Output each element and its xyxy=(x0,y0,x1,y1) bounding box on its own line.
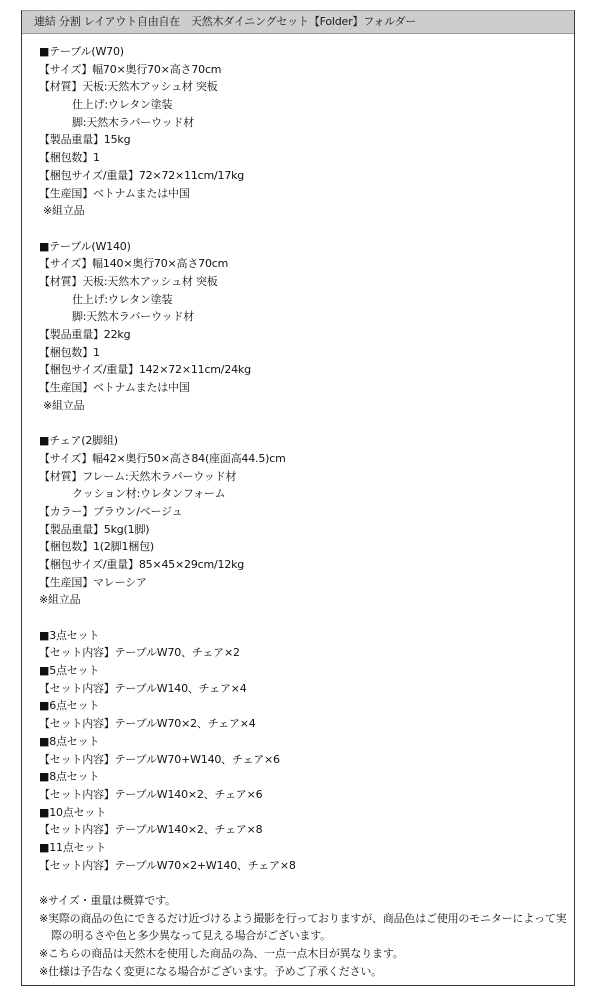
section-table-w70: ■テーブル(W70) 【サイズ】幅70×奥行70×高さ70cm 【材質】天板:天… xyxy=(39,43,574,220)
finish-row: 仕上げ:ウレタン塗装 xyxy=(39,96,574,114)
package-size-row: 【梱包サイズ/重量】85×45×29cm/12kg xyxy=(39,556,574,574)
section-heading: ■チェア(2脚組) xyxy=(39,432,574,450)
origin-row: 【生産国】ベトナムまたは中国 xyxy=(39,379,574,397)
packages-row: 【梱包数】1 xyxy=(39,149,574,167)
set-name: ■8点セット xyxy=(39,768,574,786)
spec-header: 連結 分割 レイアウト自由自在 天然木ダイニングセット【Folder】フォルダー xyxy=(22,11,574,34)
product-spec-box: 連結 分割 レイアウト自由自在 天然木ダイニングセット【Folder】フォルダー… xyxy=(21,10,575,986)
legs-row: 脚:天然木ラバーウッド材 xyxy=(39,114,574,132)
set-contents: 【セット内容】テーブルW70×2+W140、チェア×8 xyxy=(39,857,574,875)
set-name: ■3点セット xyxy=(39,627,574,645)
package-size-row: 【梱包サイズ/重量】142×72×11cm/24kg xyxy=(39,361,574,379)
weight-row: 【製品重量】15kg xyxy=(39,131,574,149)
note-color: ※実際の商品の色にできるだけ近づけるよう撮影を行っておりますが、商品色はご使用の… xyxy=(39,910,574,928)
section-table-w140: ■テーブル(W140) 【サイズ】幅140×奥行70×高さ70cm 【材質】天板… xyxy=(39,238,574,415)
set-contents: 【セット内容】テーブルW140、チェア×4 xyxy=(39,680,574,698)
set-name: ■5点セット xyxy=(39,662,574,680)
set-contents: 【セット内容】テーブルW140×2、チェア×8 xyxy=(39,821,574,839)
product-title: 連結 分割 レイアウト自由自在 天然木ダイニングセット【Folder】フォルダー xyxy=(34,15,416,28)
section-sets: ■3点セット 【セット内容】テーブルW70、チェア×2 ■5点セット 【セット内… xyxy=(39,627,574,875)
set-contents: 【セット内容】テーブルW140×2、チェア×6 xyxy=(39,786,574,804)
note-spec-change: ※仕様は予告なく変更になる場合がございます。予めご了承ください。 xyxy=(39,963,574,981)
assembly-note: ※組立品 xyxy=(39,202,574,220)
size-row: 【サイズ】幅140×奥行70×高さ70cm xyxy=(39,255,574,273)
note-color-cont: 際の明るさや色と多少異なって見える場合がございます。 xyxy=(39,927,574,945)
section-notes: ※サイズ・重量は概算です。 ※実際の商品の色にできるだけ近づけるよう撮影を行って… xyxy=(39,892,574,980)
set-contents: 【セット内容】テーブルW70×2、チェア×4 xyxy=(39,715,574,733)
spacer xyxy=(39,874,574,892)
spec-body: ■テーブル(W70) 【サイズ】幅70×奥行70×高さ70cm 【材質】天板:天… xyxy=(22,34,574,980)
section-heading: ■テーブル(W140) xyxy=(39,238,574,256)
set-name: ■8点セット xyxy=(39,733,574,751)
note-wood: ※こちらの商品は天然木を使用した商品の為、一点一点木目が異なります。 xyxy=(39,945,574,963)
origin-row: 【生産国】ベトナムまたは中国 xyxy=(39,185,574,203)
section-heading: ■テーブル(W70) xyxy=(39,43,574,61)
material-row: 【材質】天板:天然木アッシュ材 突板 xyxy=(39,78,574,96)
set-name: ■6点セット xyxy=(39,697,574,715)
packages-row: 【梱包数】1(2脚1梱包) xyxy=(39,538,574,556)
spacer xyxy=(39,414,574,432)
origin-row: 【生産国】マレーシア xyxy=(39,574,574,592)
size-row: 【サイズ】幅70×奥行70×高さ70cm xyxy=(39,61,574,79)
section-chair: ■チェア(2脚組) 【サイズ】幅42×奥行50×高さ84(座面高44.5)cm … xyxy=(39,432,574,609)
weight-row: 【製品重量】22kg xyxy=(39,326,574,344)
size-row: 【サイズ】幅42×奥行50×高さ84(座面高44.5)cm xyxy=(39,450,574,468)
set-name: ■10点セット xyxy=(39,804,574,822)
packages-row: 【梱包数】1 xyxy=(39,344,574,362)
cushion-row: クッション材:ウレタンフォーム xyxy=(39,485,574,503)
finish-row: 仕上げ:ウレタン塗装 xyxy=(39,291,574,309)
color-row: 【カラー】ブラウン/ベージュ xyxy=(39,503,574,521)
legs-row: 脚:天然木ラバーウッド材 xyxy=(39,308,574,326)
assembly-note: ※組立品 xyxy=(39,591,574,609)
material-row: 【材質】天板:天然木アッシュ材 突板 xyxy=(39,273,574,291)
spacer xyxy=(39,609,574,627)
weight-row: 【製品重量】5kg(1脚) xyxy=(39,521,574,539)
spacer xyxy=(39,220,574,238)
set-name: ■11点セット xyxy=(39,839,574,857)
set-contents: 【セット内容】テーブルW70、チェア×2 xyxy=(39,644,574,662)
material-row: 【材質】フレーム:天然木ラバーウッド材 xyxy=(39,468,574,486)
set-contents: 【セット内容】テーブルW70+W140、チェア×6 xyxy=(39,751,574,769)
note-approx: ※サイズ・重量は概算です。 xyxy=(39,892,574,910)
assembly-note: ※組立品 xyxy=(39,397,574,415)
package-size-row: 【梱包サイズ/重量】72×72×11cm/17kg xyxy=(39,167,574,185)
